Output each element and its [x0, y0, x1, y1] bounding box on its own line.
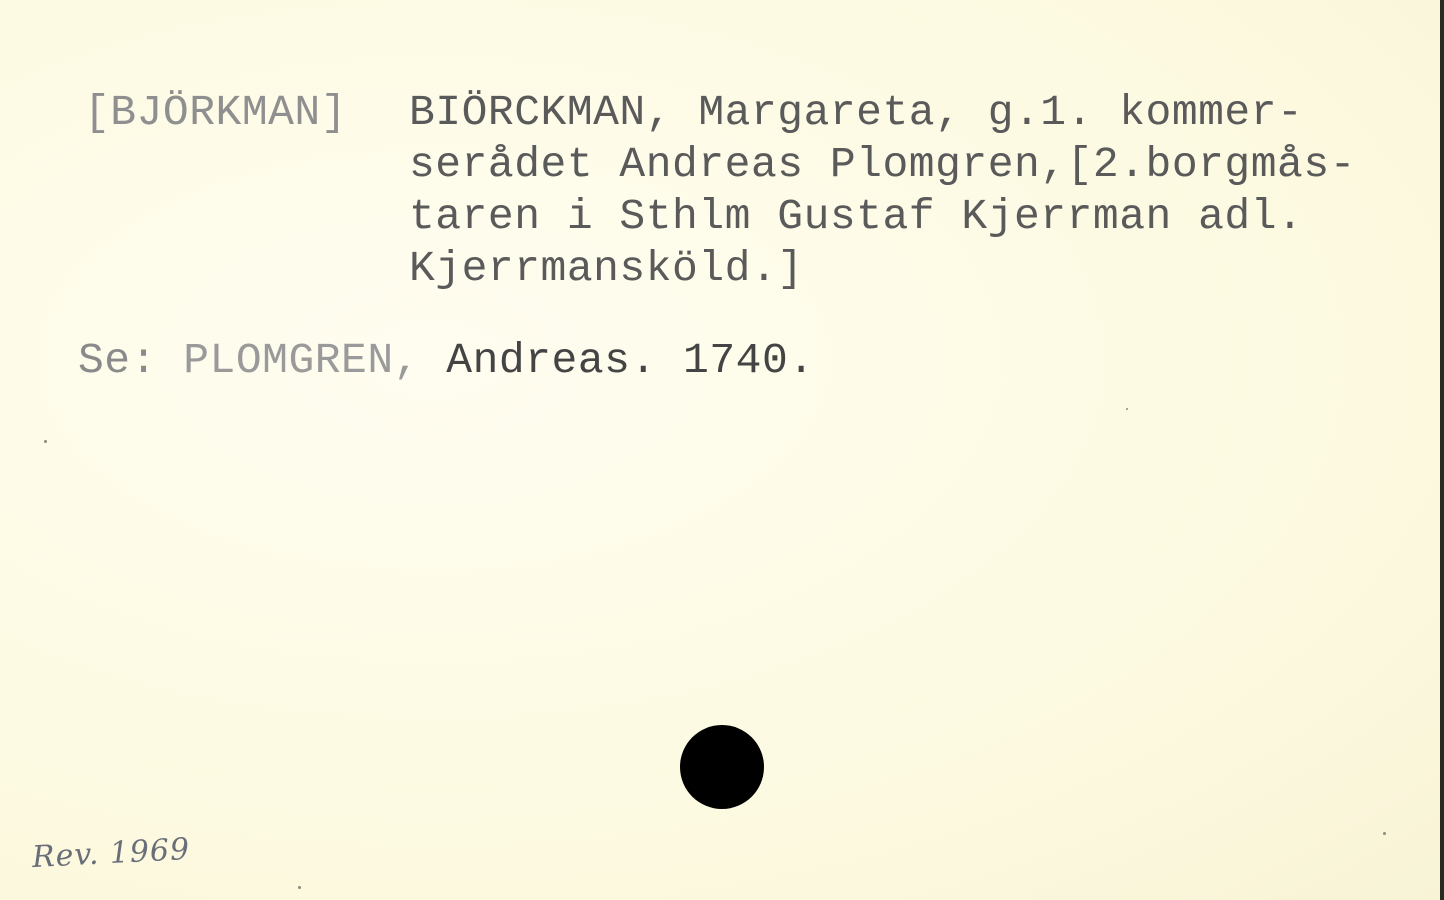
- card-heading: [BJÖRKMAN]: [84, 90, 347, 136]
- handwritten-revision-note: Rev. 1969: [31, 832, 191, 875]
- index-card: [BJÖRKMAN] BIÖRCKMAN, Margareta, g.1. ko…: [0, 0, 1444, 900]
- see-surname: PLOMGREN,: [183, 336, 420, 385]
- entry-line-3: taren i Sthlm Gustaf Kjerrman adl.: [409, 194, 1303, 240]
- see-reference: Se: PLOMGREN, Andreas. 1740.: [78, 338, 815, 384]
- paper-speck: [1383, 832, 1386, 835]
- see-rest: Andreas. 1740.: [446, 336, 814, 385]
- paper-speck: [298, 886, 301, 889]
- entry-line-4: Kjerrmansköld.]: [409, 246, 804, 292]
- punch-hole: [680, 725, 764, 809]
- paper-speck: [44, 440, 47, 443]
- entry-line-1: BIÖRCKMAN, Margareta, g.1. kommer-: [409, 90, 1303, 136]
- see-label: Se:: [78, 336, 157, 385]
- paper-speck: [1126, 408, 1128, 410]
- entry-line-2: serådet Andreas Plomgren,[2.borgmås-: [409, 142, 1356, 188]
